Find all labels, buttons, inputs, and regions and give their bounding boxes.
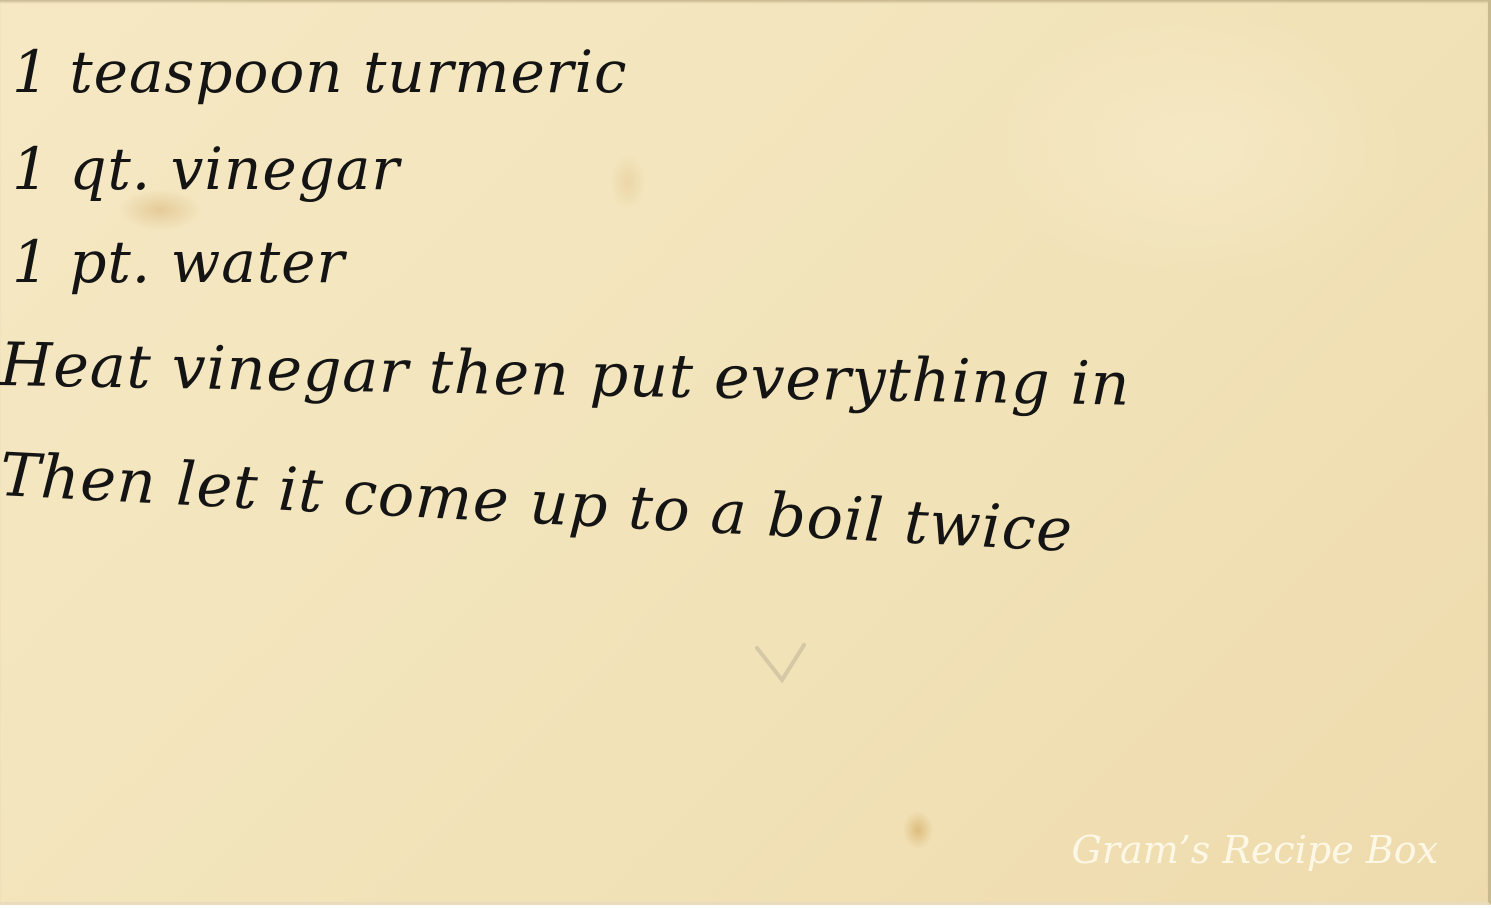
recipe-card: 1 teaspoon turmeric 1 qt. vinegar 1 pt. … bbox=[0, 0, 1491, 905]
recipe-line-5: Then let it come up to a boil twice bbox=[0, 440, 1075, 566]
recipe-line-2: 1 qt. vinegar bbox=[12, 135, 400, 203]
recipe-line-1: 1 teaspoon turmeric bbox=[12, 38, 628, 106]
recipe-line-3: 1 pt. water bbox=[12, 228, 345, 296]
watermark: Gram’s Recipe Box bbox=[1071, 828, 1438, 872]
recipe-line-4: Heat vinegar then put everything in bbox=[0, 330, 1131, 420]
faint-pencil-mark-icon bbox=[752, 640, 812, 690]
